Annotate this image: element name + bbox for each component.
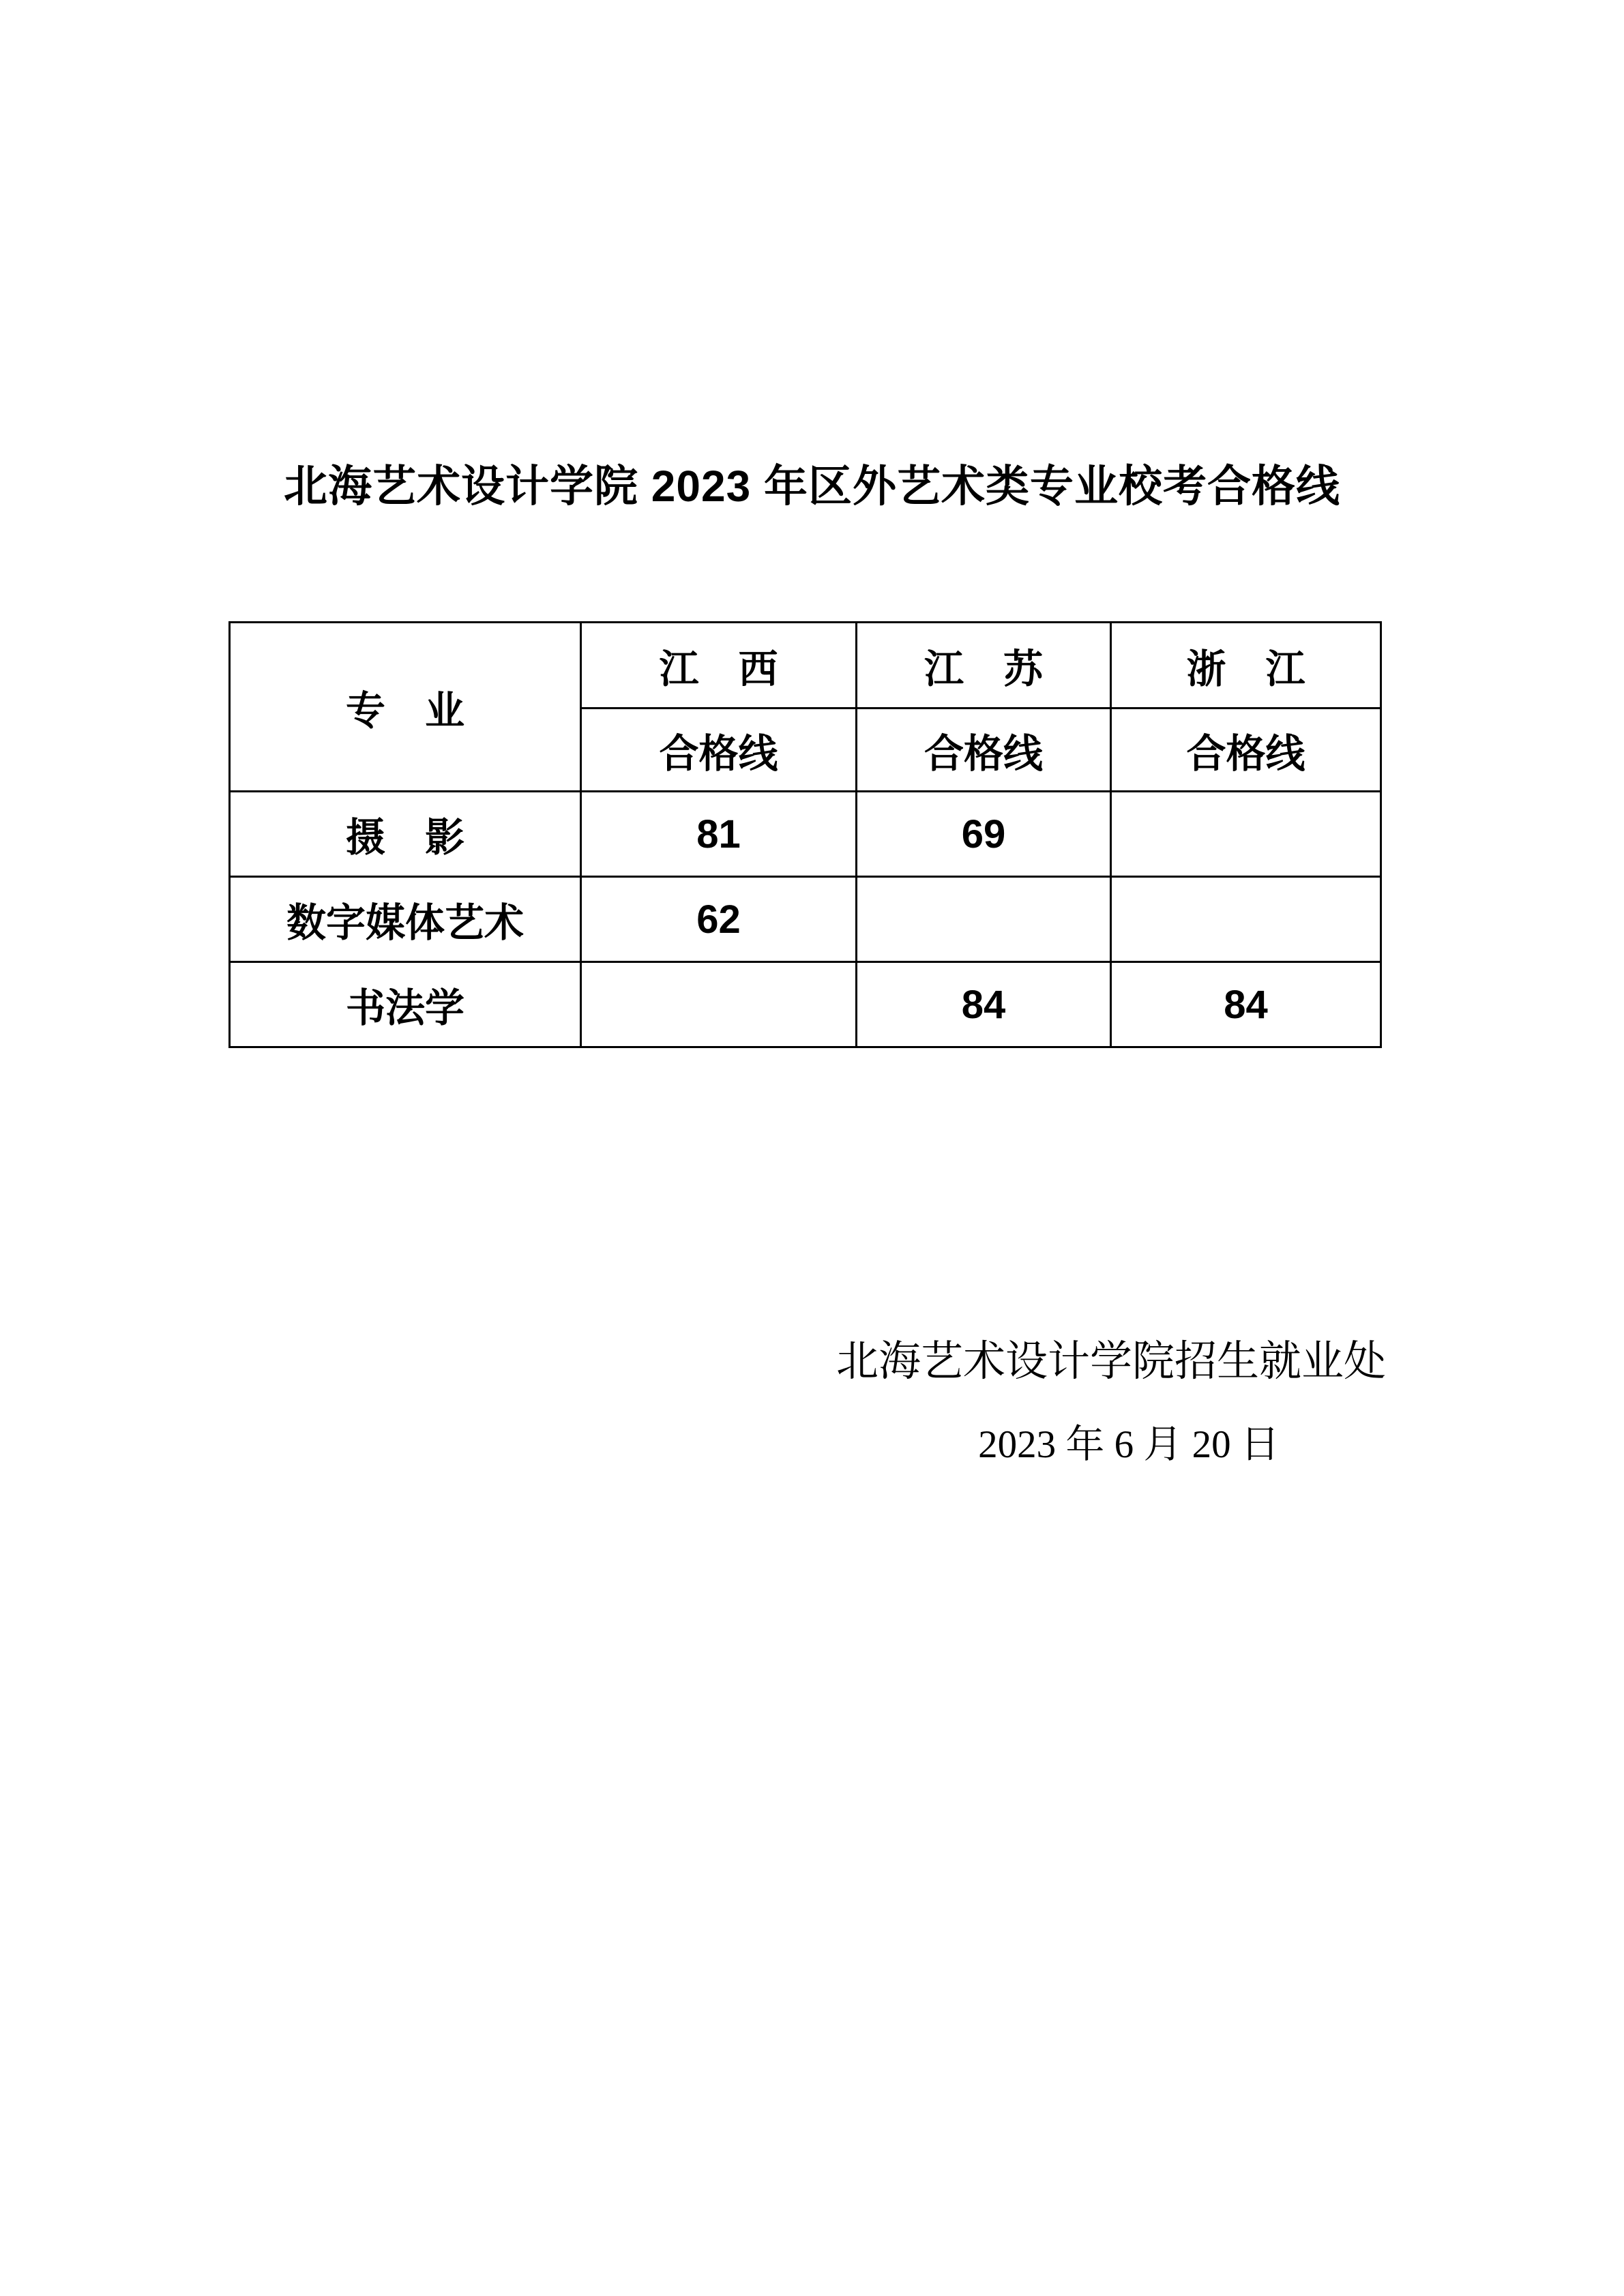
cell-score-calligraphy-zhejiang: 84 — [1111, 962, 1381, 1047]
header-cell-scoreline-jiangsu: 合格线 — [857, 709, 1111, 792]
header-cell-major: 专 业 — [230, 623, 581, 792]
cell-score-digital-media-art-zhejiang — [1111, 877, 1381, 962]
cell-major-photography: 摄 影 — [230, 792, 581, 877]
cell-score-calligraphy-jiangsu: 84 — [857, 962, 1111, 1047]
header-cell-province-zhejiang: 浙 江 — [1111, 623, 1381, 709]
cell-score-photography-jiangsu: 69 — [857, 792, 1111, 877]
page-title: 北海艺术设计学院 2023 年区外艺术类专业校考合格线 — [0, 451, 1624, 514]
header-cell-province-jiangxi: 江 西 — [581, 623, 857, 709]
table-row-calligraphy: 书法学 84 84 — [230, 962, 1381, 1047]
header-cell-province-jiangsu: 江 苏 — [857, 623, 1111, 709]
document-page: 北海艺术设计学院 2023 年区外艺术类专业校考合格线 专 业 江 西 江 苏 … — [0, 0, 1624, 2296]
cell-major-calligraphy: 书法学 — [230, 962, 581, 1047]
header-cell-scoreline-zhejiang: 合格线 — [1111, 709, 1381, 792]
signature-date: 2023 年 6 月 20 日 — [978, 1413, 1280, 1469]
cell-score-calligraphy-jiangxi — [581, 962, 857, 1047]
score-table: 专 业 江 西 江 苏 浙 江 合格线 合格线 合格线 摄 影 81 69 数字… — [228, 621, 1382, 1048]
cell-score-digital-media-art-jiangsu — [857, 877, 1111, 962]
cell-major-digital-media-art: 数字媒体艺术 — [230, 877, 581, 962]
header-cell-scoreline-jiangxi: 合格线 — [581, 709, 857, 792]
cell-score-digital-media-art-jiangxi: 62 — [581, 877, 857, 962]
table-header-row-provinces: 专 业 江 西 江 苏 浙 江 — [230, 623, 1381, 709]
signature-org: 北海艺术设计学院招生就业处 — [836, 1327, 1386, 1388]
cell-score-photography-jiangxi: 81 — [581, 792, 857, 877]
cell-score-photography-zhejiang — [1111, 792, 1381, 877]
table-row-photography: 摄 影 81 69 — [230, 792, 1381, 877]
table-row-digital-media-art: 数字媒体艺术 62 — [230, 877, 1381, 962]
